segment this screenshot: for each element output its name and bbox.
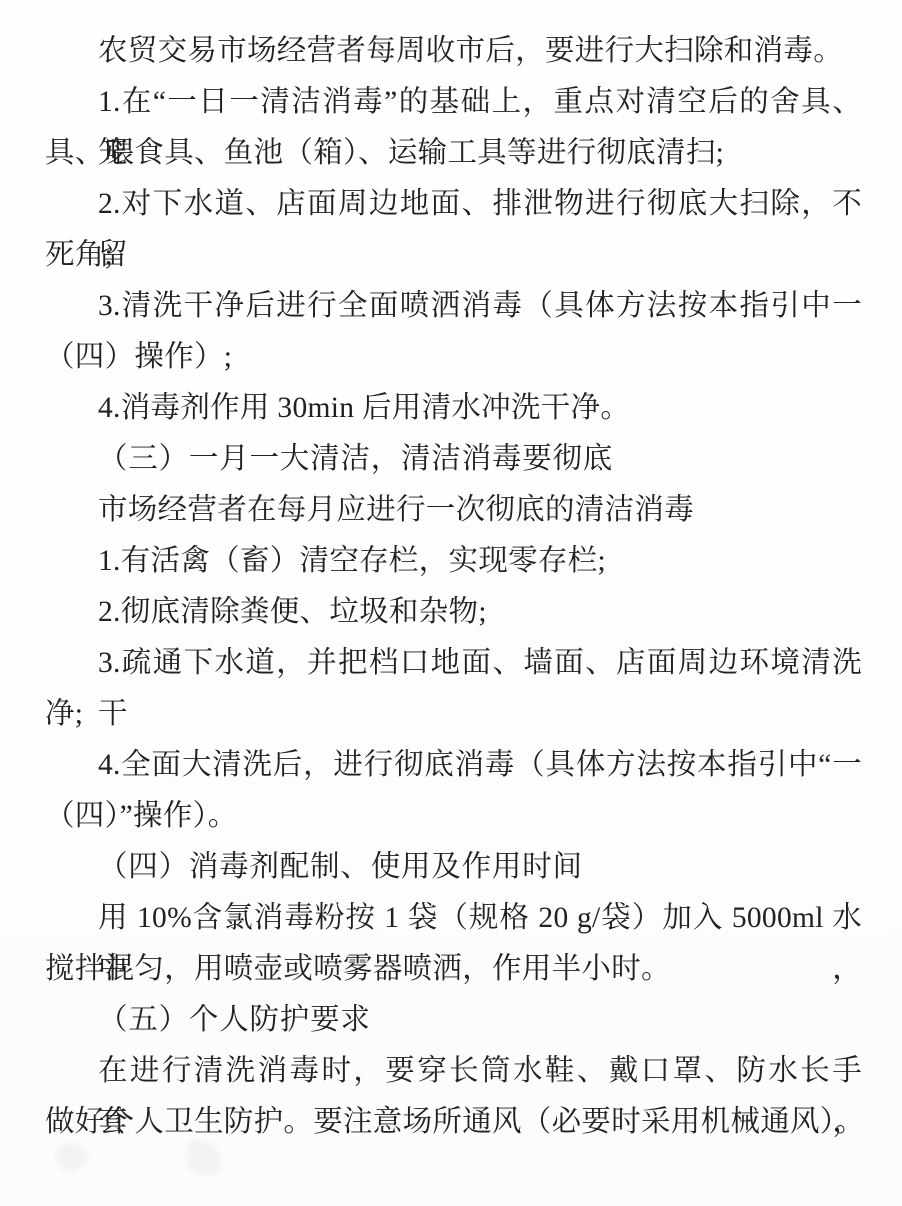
paragraph-line: （四）操作）; (45, 332, 862, 383)
paragraph-line: 农贸交易市场经营者每周收市后，要进行大扫除和消毒。 (45, 26, 862, 77)
paragraph-line: 净; (45, 689, 862, 740)
paragraph-line: 具、喂食具、鱼池（箱）、运输工具等进行彻底清扫; (45, 128, 862, 179)
section-heading: （三）一月一大清洁，清洁消毒要彻底 (45, 434, 862, 485)
paragraph-line: 在进行清洗消毒时，要穿长筒水鞋、戴口罩、防水长手套， (45, 1046, 862, 1097)
paragraph-line: 市场经营者在每月应进行一次彻底的清洁消毒 (45, 485, 862, 536)
paragraph-line: 4.全面大清洗后，进行彻底消毒（具体方法按本指引中“一 (45, 740, 862, 791)
paragraph-line: 4.消毒剂作用 30min 后用清水冲洗干净。 (45, 383, 862, 434)
paragraph-line: 2.对下水道、店面周边地面、排泄物进行彻底大扫除，不留 (45, 179, 862, 230)
paragraph-line: 做好个人卫生防护。要注意场所通风（必要时采用机械通风）。 (45, 1097, 862, 1148)
paragraph-line: 3.疏通下水道，并把档口地面、墙面、店面周边环境清洗干 (45, 638, 862, 689)
section-heading: （四）消毒剂配制、使用及作用时间 (45, 842, 862, 893)
section-heading: （五）个人防护要求 (45, 995, 862, 1046)
document-text-block: 农贸交易市场经营者每周收市后，要进行大扫除和消毒。 1.在“一日一清洁消毒”的基… (0, 0, 902, 1148)
paragraph-line: （四）”操作）。 (45, 791, 862, 842)
document-page: 农贸交易市场经营者每周收市后，要进行大扫除和消毒。 1.在“一日一清洁消毒”的基… (0, 0, 902, 1206)
paragraph-line: 死角; (45, 230, 862, 281)
paragraph-line: 用 10%含氯消毒粉按 1 袋（规格 20 g/袋）加入 5000ml 水中， (45, 893, 862, 944)
paragraph-line: 1.有活禽（畜）清空存栏，实现零存栏; (45, 536, 862, 587)
paragraph-line: 1.在“一日一清洁消毒”的基础上，重点对清空后的舍具、笼 (45, 77, 862, 128)
paragraph-line: 3.清洗干净后进行全面喷洒消毒（具体方法按本指引中一 (45, 281, 862, 332)
paragraph-line: 2.彻底清除粪便、垃圾和杂物; (45, 587, 862, 638)
